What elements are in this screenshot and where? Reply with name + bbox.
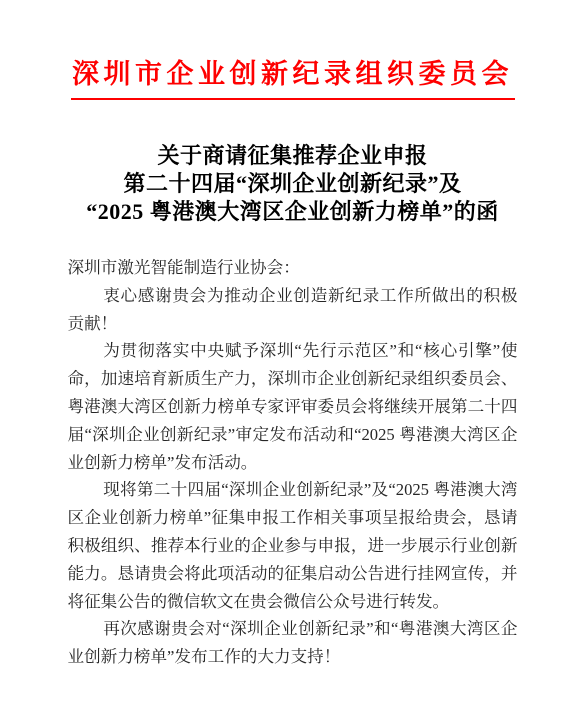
document-page: 深圳市企业创新纪录组织委员会 关于商请征集推荐企业申报 第二十四届“深圳企业创新…	[0, 0, 585, 701]
letterhead-org-name: 深圳市企业创新纪录组织委员会	[72, 58, 513, 90]
body-paragraph-4: 再次感谢贵会对“深圳企业创新纪录”和“粤港澳大湾区企业创新力榜单”发布工作的大力…	[68, 615, 518, 671]
letterhead-rule-divider	[71, 98, 515, 100]
document-body: 深圳市激光智能制造行业协会： 衷心感谢贵会为推动企业创造新纪录工作所做出的积极贡…	[68, 254, 518, 671]
body-paragraph-2: 为贯彻落实中央赋予深圳“先行示范区”和“核心引擎”使命，加速培育新质生产力，深圳…	[68, 337, 518, 476]
body-paragraph-1: 衷心感谢贵会为推动企业创造新纪录工作所做出的积极贡献！	[68, 282, 518, 338]
document-title: 关于商请征集推荐企业申报 第二十四届“深圳企业创新纪录”及 “2025 粤港澳大…	[0, 142, 585, 226]
letterhead: 深圳市企业创新纪录组织委员会	[0, 0, 585, 100]
salutation: 深圳市激光智能制造行业协会：	[68, 254, 518, 282]
document-title-line-2: 第二十四届“深圳企业创新纪录”及	[0, 170, 585, 198]
document-title-line-1: 关于商请征集推荐企业申报	[0, 142, 585, 170]
document-title-line-3: “2025 粤港澳大湾区企业创新力榜单”的函	[0, 198, 585, 226]
body-paragraph-3: 现将第二十四届“深圳企业创新纪录”及“2025 粤港澳大湾区企业创新力榜单”征集…	[68, 476, 518, 615]
